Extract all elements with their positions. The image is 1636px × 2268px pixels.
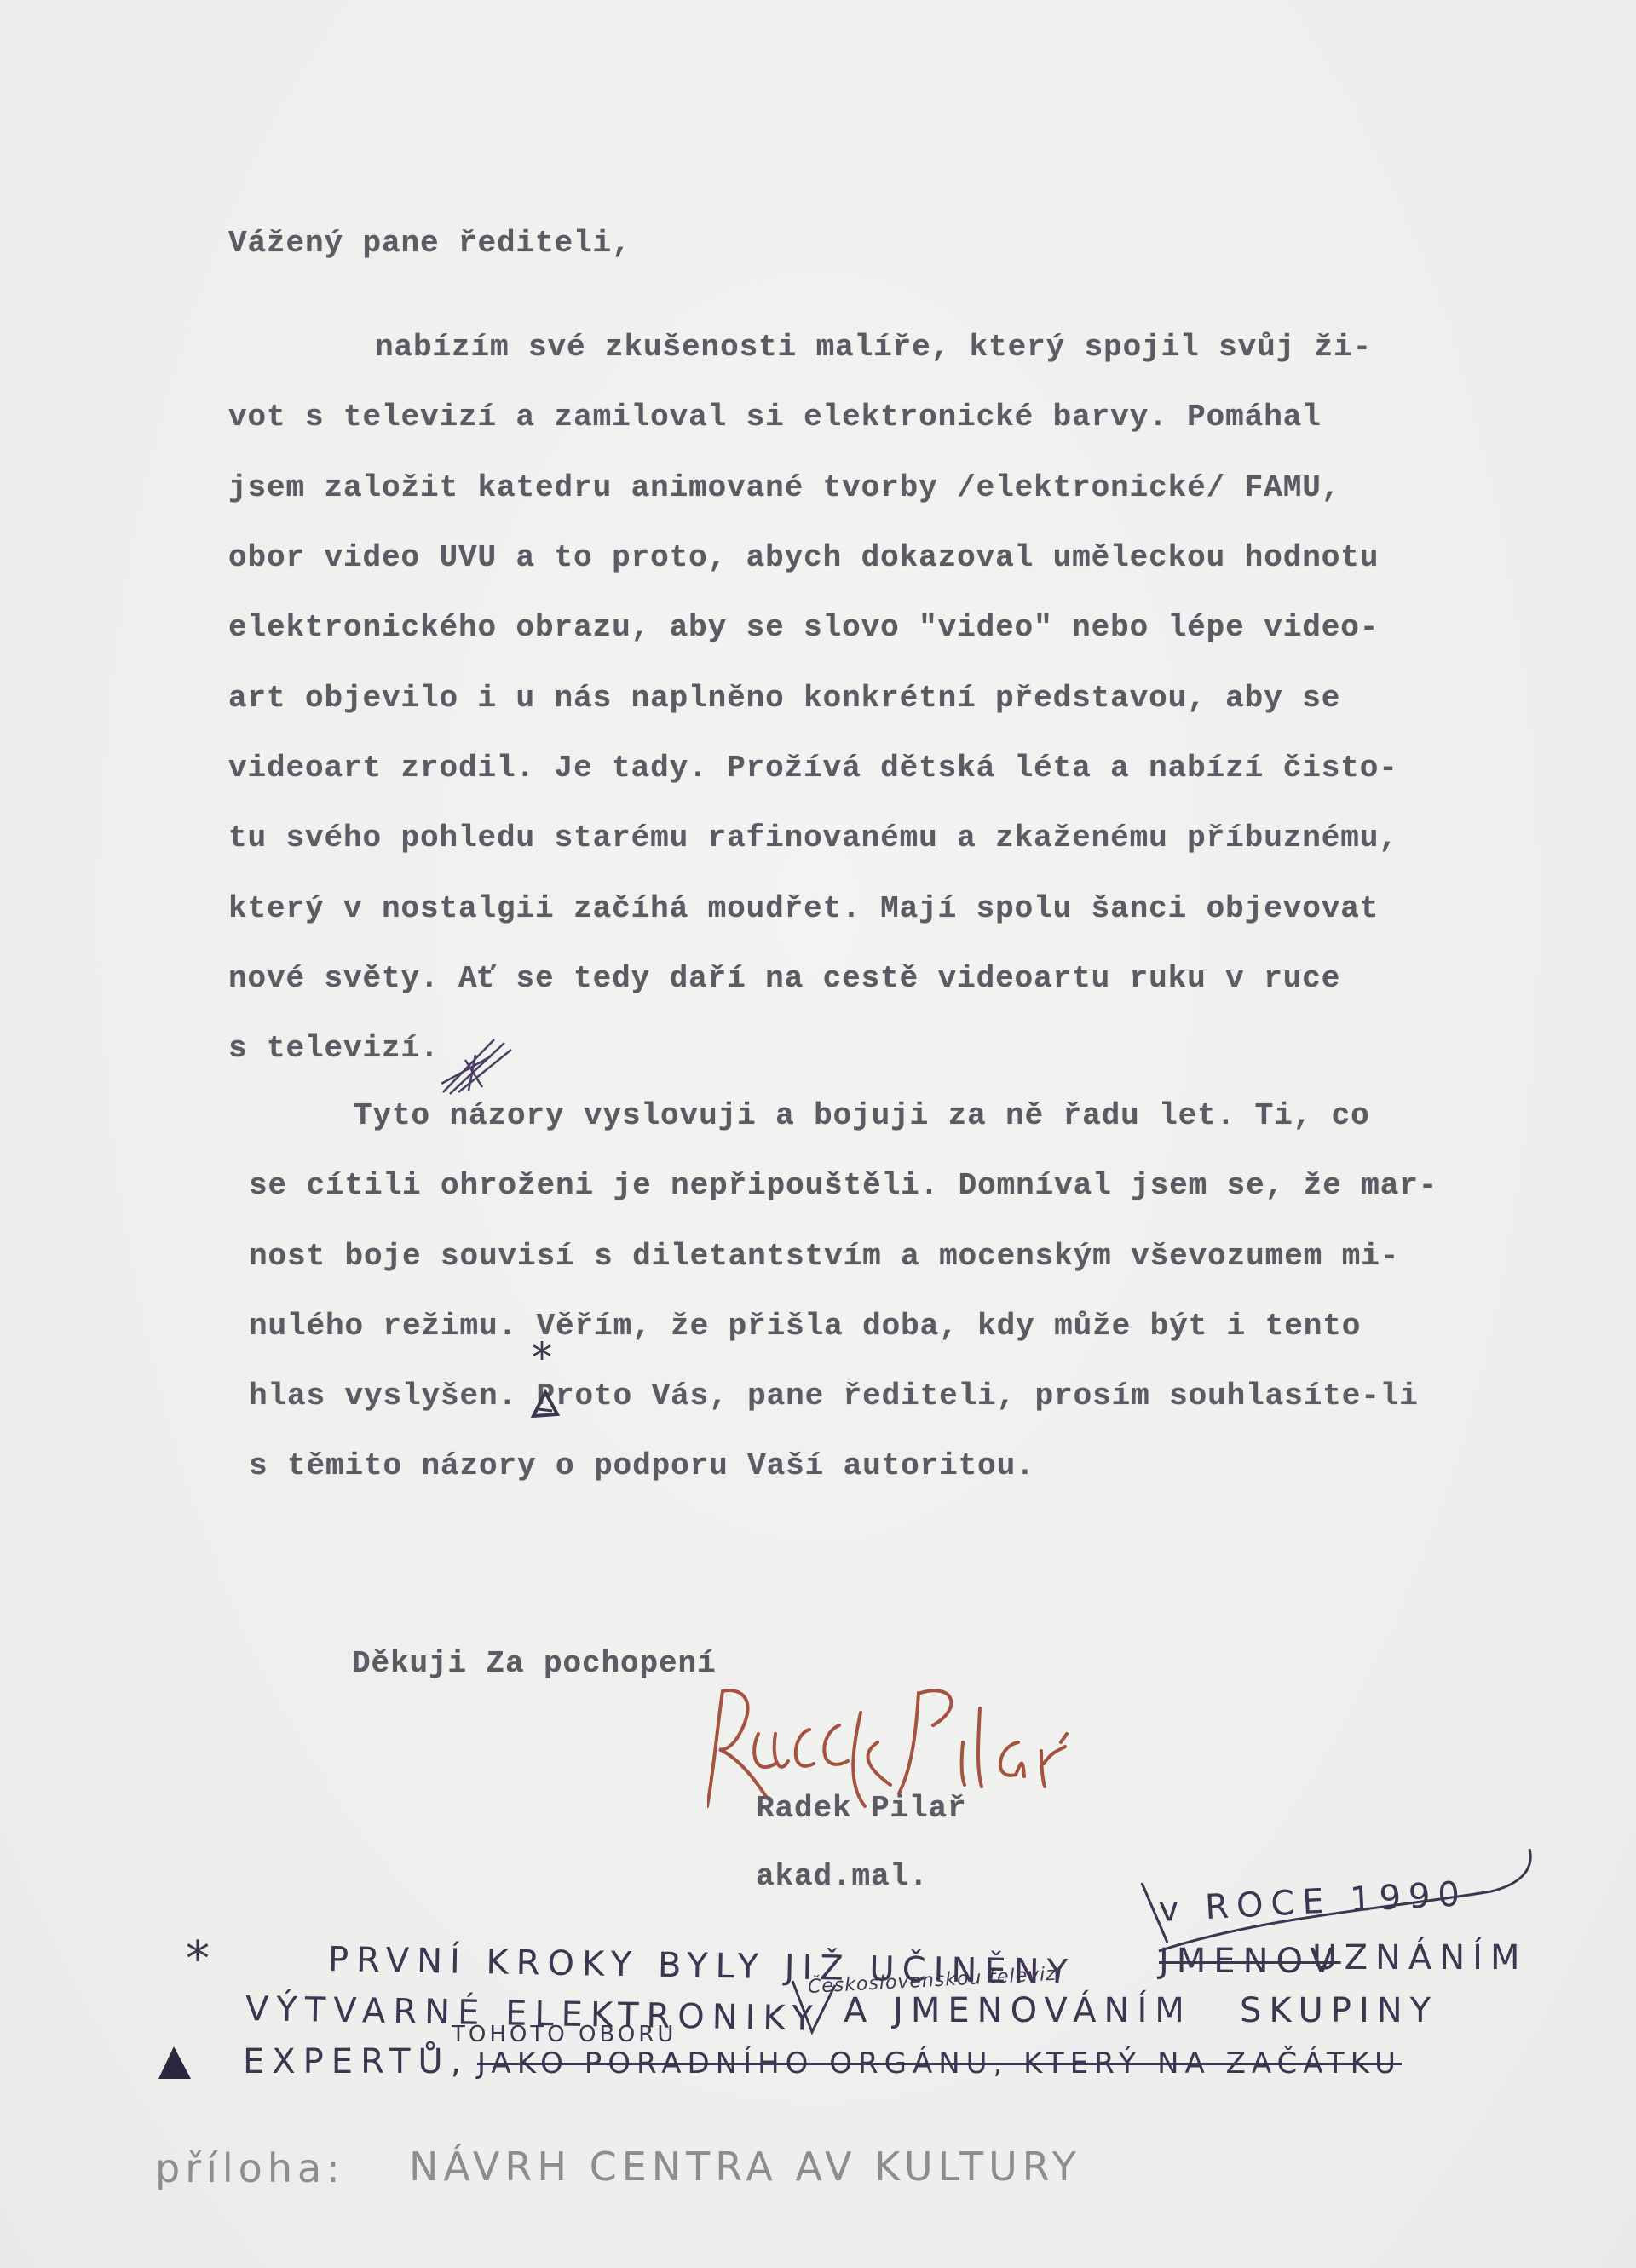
triangle-mark-icon bbox=[530, 1389, 561, 1418]
typed-name: Radek Pilař bbox=[756, 1793, 967, 1824]
salutation: Vážený pane řediteli, bbox=[228, 228, 631, 259]
paragraph1-line: elektronického obrazu, aby se slovo "vid… bbox=[228, 613, 1379, 643]
paragraph1-line: nové světy. Ať se tedy daří na cestě vid… bbox=[228, 964, 1340, 994]
paragraph2-line: Tyto názory vyslovuji a bojuji za ně řad… bbox=[354, 1101, 1370, 1131]
note-line2-end: A JMENOVÁNÍM bbox=[844, 1994, 1192, 2028]
closing: Děkuji Za pochopení bbox=[352, 1649, 717, 1679]
paragraph2-line: hlas vyslyšen. Proto Vás, pane řediteli,… bbox=[249, 1381, 1419, 1412]
letter-page: Vážený pane řediteli, nabízím své zkušen… bbox=[0, 0, 1636, 2268]
author-title: akad.mal. bbox=[756, 1862, 929, 1892]
pencil-note-text: NÁVRH CENTRA AV KULTURY bbox=[409, 2147, 1081, 2186]
asterisk-hatch-mark-icon bbox=[426, 1031, 528, 1099]
paragraph1-line: nabízím své zkušenosti malíře, který spo… bbox=[375, 332, 1372, 363]
note-triangle-icon bbox=[155, 2043, 194, 2082]
paragraph1-line: obor video UVU a to proto, abych dokazov… bbox=[228, 543, 1379, 573]
paragraph1-line: tu svého pohledu starému rafinovanému a … bbox=[228, 823, 1398, 854]
paragraph2-line: se cítili ohroženi je nepřipouštěli. Dom… bbox=[249, 1171, 1437, 1201]
paragraph1-line: vot s televizí a zamiloval si elektronic… bbox=[228, 402, 1322, 433]
paragraph2-line: nost boje souvisí s diletantstvím a moce… bbox=[249, 1241, 1399, 1272]
insertion-caret-icon bbox=[788, 1977, 839, 2036]
paragraph2-line: s těmito názory o podporu Vaší autoritou… bbox=[249, 1451, 1035, 1482]
paragraph2-line: nulého režimu. Věřím, že přišla doba, kd… bbox=[249, 1311, 1361, 1342]
pencil-note-label: příloha: bbox=[155, 2149, 345, 2188]
paragraph1-line: videoart zrodil. Je tady. Prožívá dětská… bbox=[228, 753, 1398, 784]
note-asterisk-icon: * bbox=[186, 1936, 210, 1983]
paragraph1-line: který v nostalgii začíhá moudřet. Mají s… bbox=[228, 894, 1379, 924]
insertion-caret-curve-icon bbox=[1133, 1849, 1542, 1960]
note-line3: EXPERTŮ, bbox=[243, 2045, 469, 2079]
paragraph1-line: s televizí. bbox=[228, 1033, 440, 1064]
paragraph1-line: art objevilo i u nás naplněno konkrétní … bbox=[228, 683, 1340, 714]
note-line3-struck: JAKO PORADNÍHO ORGÁNU, KTERÝ NA ZAČÁTKU bbox=[477, 2049, 1402, 2078]
paragraph1-line: jsem založit katedru animované tvorby /e… bbox=[228, 473, 1340, 504]
asterisk-mark-icon: * bbox=[532, 1338, 552, 1379]
note-insert-field: TOHOTO OBORU bbox=[452, 2023, 677, 2046]
note-line2-tail: SKUPINY bbox=[1240, 1994, 1438, 2028]
